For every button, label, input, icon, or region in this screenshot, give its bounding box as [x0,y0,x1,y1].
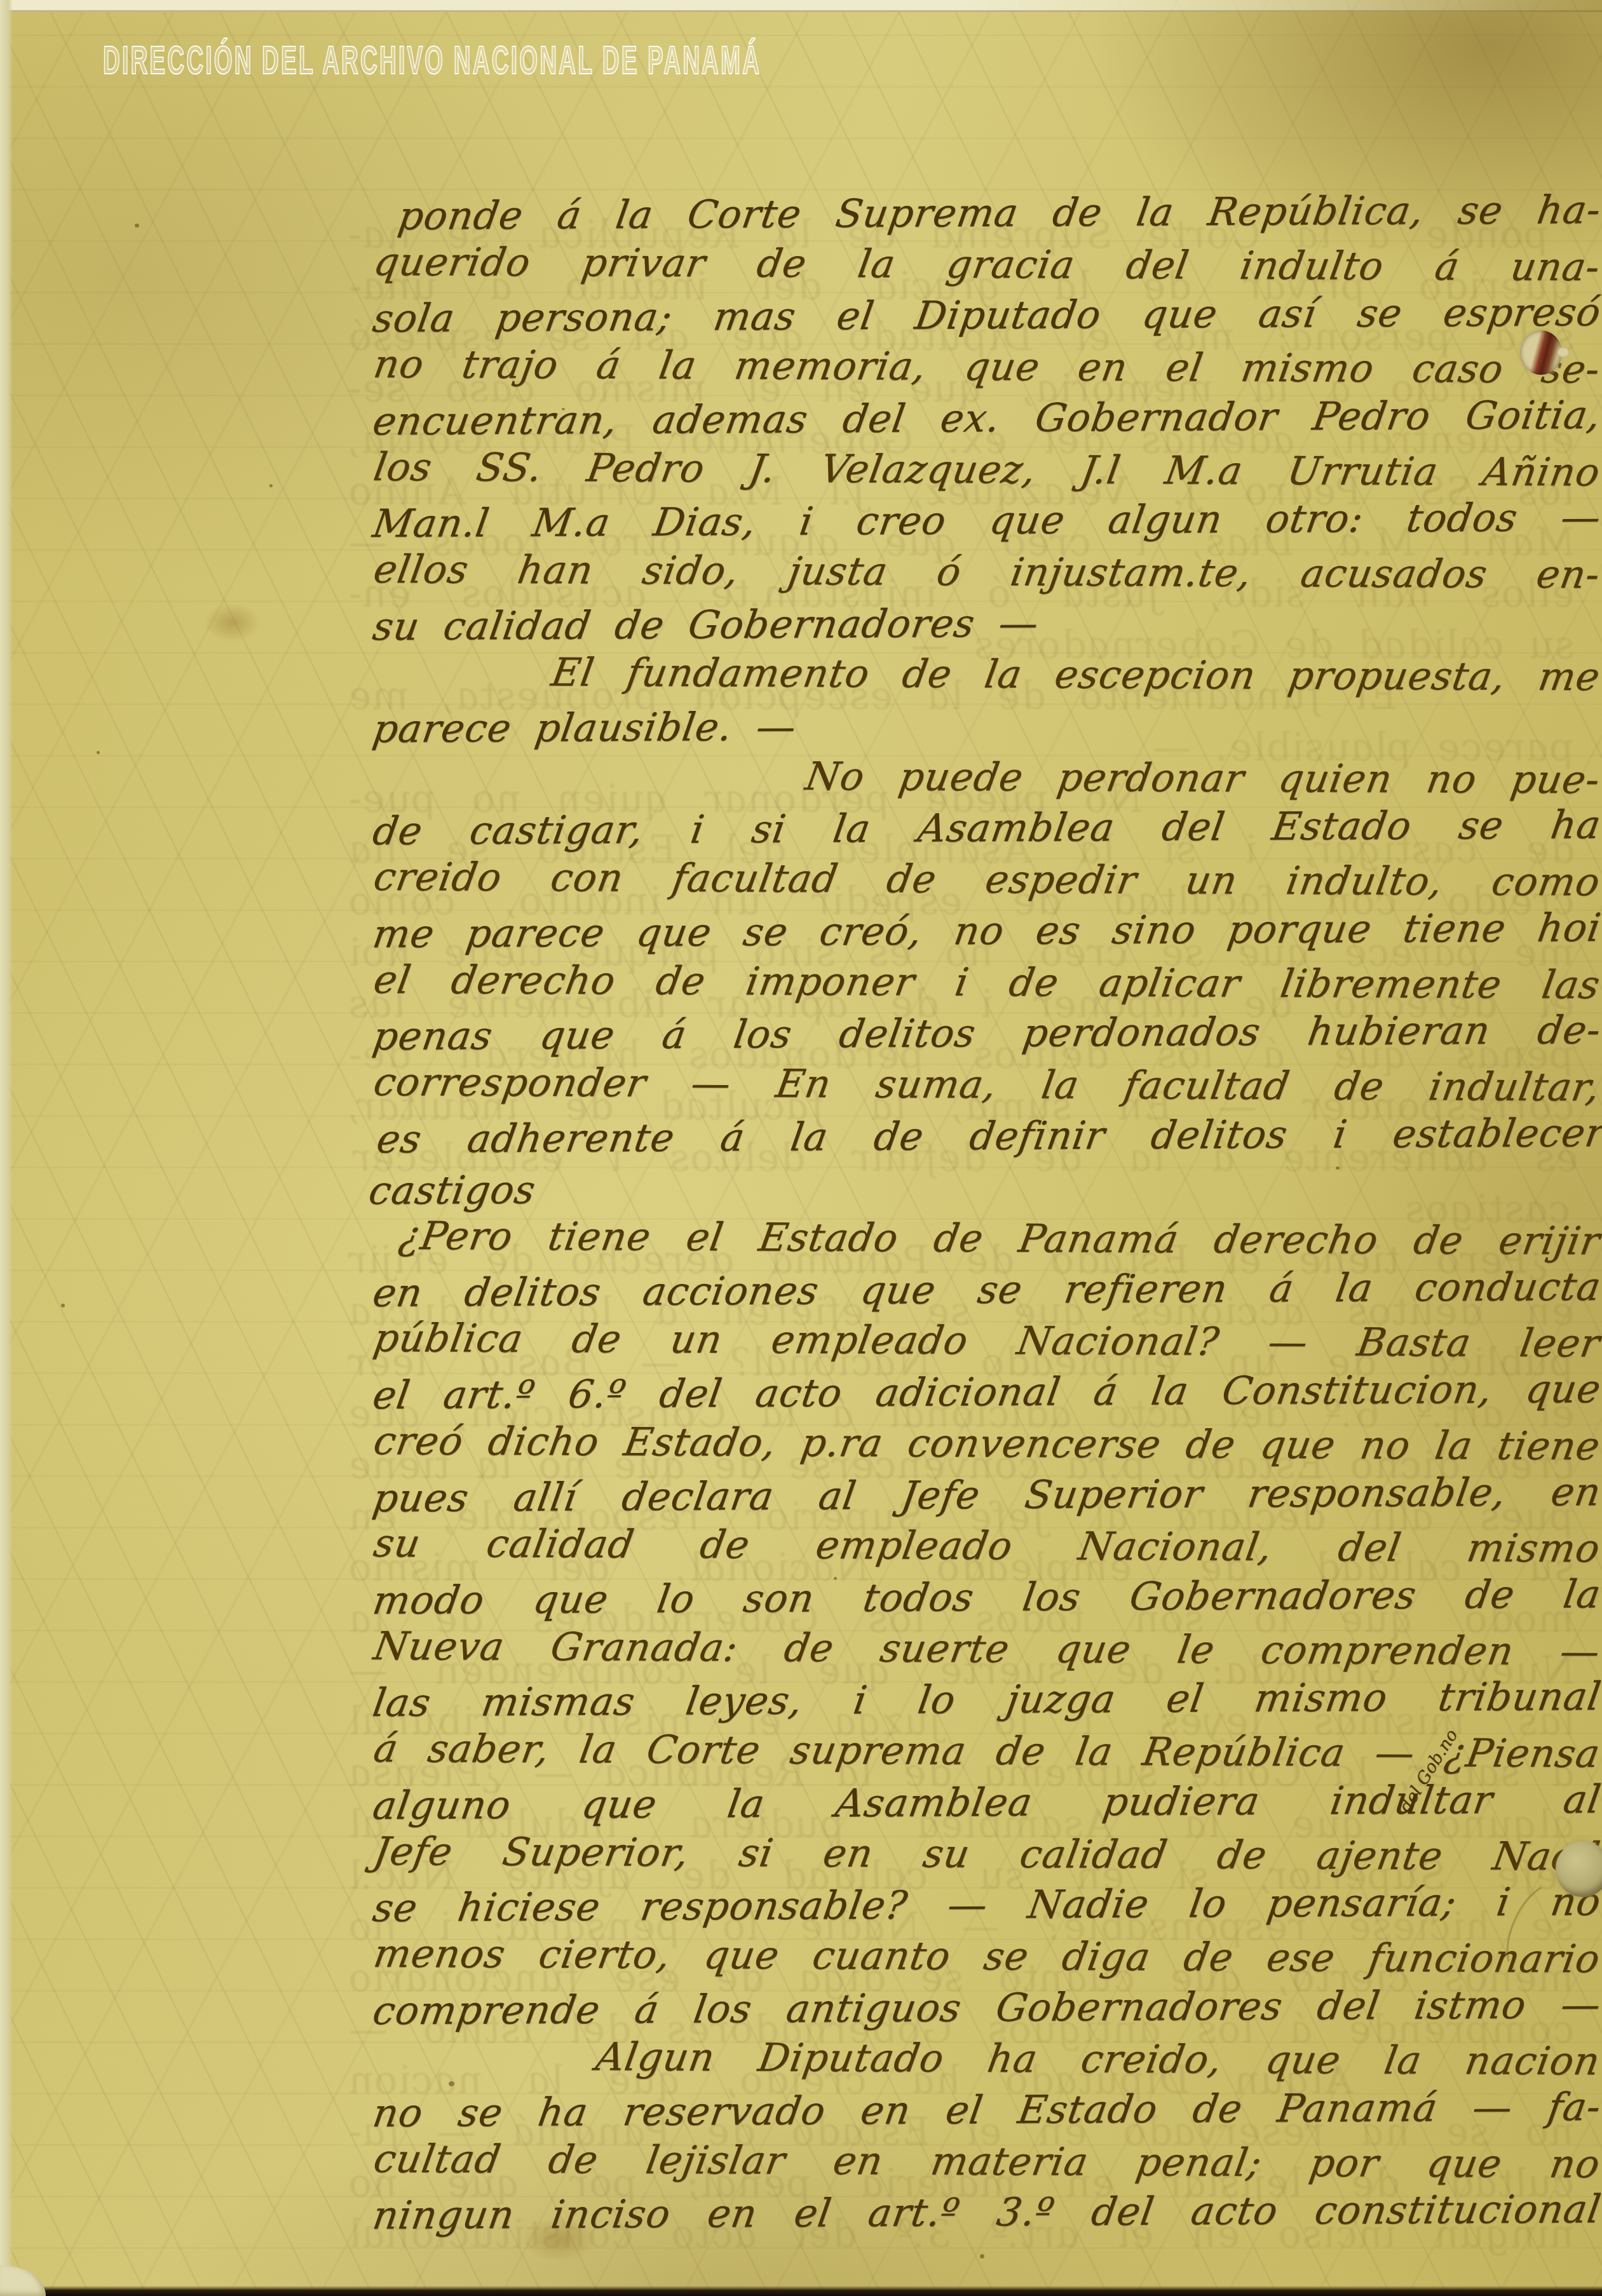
foxing-speck [269,484,273,487]
manuscript-line: corresponder — En suma, la facultad de i… [370,1057,1602,1114]
stain [203,604,261,642]
manuscript-page: DIRECCIÓN DEL ARCHIVO NACIONAL DE PANAMÁ… [0,0,1602,2296]
manuscript-line: creido con facultad de espedir un indult… [370,852,1602,908]
manuscript-line: pues allí declara al Jefe Superior respo… [369,1467,1602,1525]
manuscript-line: el art.º 6.º del acto adicional á la Con… [369,1364,1602,1422]
manuscript-line: las mismas leyes, i lo juzga el mismo tr… [369,1671,1602,1729]
manuscript-line: de castigar, i si la Asamblea del Estado… [369,800,1602,858]
manuscript-line: creó dicho Estado, p.ra convencerse de q… [370,1416,1602,1473]
manuscript-line: es adherente á la de definir delitos i e… [365,1108,1602,1217]
foxing-speck [61,1304,65,1307]
manuscript-line: ningun inciso en el art.º 3.º del acto c… [369,2184,1602,2242]
manuscript-line: querido privar de la gracia del indulto … [370,236,1602,293]
manuscript-line: Algun Diputado ha creido, que la nacion [370,2031,1602,2088]
manuscript-line: su calidad de empleado Nacional, del mis… [370,1518,1602,1575]
foxing-speck [97,751,100,754]
manuscript-line: pública de un empleado Nacional? — Basta… [370,1313,1602,1370]
manuscript-line: Man.l M.a Dias, i creo que algun otro: t… [369,492,1602,550]
manuscript-line: menos cierto, que cuanto se diga de ese … [370,1929,1602,1985]
manuscript-text: ponde á la Corte Suprema de la República… [374,188,1600,2239]
manuscript-line: El fundamento de la escepcion propuesta,… [370,647,1602,703]
manuscript-line: Jefe Superior, si en su calidad de ajent… [370,1826,1602,1882]
scan-left-edge [0,0,13,2296]
page-bottom-left-corner [0,2266,46,2296]
foxing-speck [980,2254,984,2259]
manuscript-line: comprende á los antiguos Gobernadores de… [369,1980,1602,2037]
manuscript-line: sola persona; mas el Diputado que así se… [369,287,1602,345]
manuscript-line: encuentran, ademas del ex. Gobernador Pe… [369,390,1602,448]
manuscript-line: No puede perdonar quien no pue- [370,750,1602,806]
manuscript-line: cultad de lejislar en materia penal; por… [370,2134,1602,2191]
archive-watermark: DIRECCIÓN DEL ARCHIVO NACIONAL DE PANAMÁ [103,37,761,83]
manuscript-line: los SS. Pedro J. Velazquez, J.l M.a Urru… [370,442,1602,498]
scan-top-edge [0,0,1602,12]
manuscript-line: ¿Pero tiene el Estado de Panamá derecho … [370,1211,1602,1267]
foxing-speck [135,224,139,227]
manuscript-line: ellos han sido, justa ó injustam.te, acu… [370,544,1602,601]
punch-hole-top [1520,330,1562,375]
manuscript-line: Nueva Granada: de suerte que le comprend… [370,1621,1602,1677]
manuscript-line: su calidad de Gobernadores — [369,595,1602,653]
manuscript-line: penas que á los delitos perdonados hubie… [369,1005,1602,1063]
manuscript-line: me parece que se creó, no es sino porque… [369,903,1602,961]
manuscript-line: parece plausible. — [369,698,1602,755]
manuscript-line: no trajo á la memoria, que en el mismo c… [370,339,1602,396]
manuscript-line: no se ha reservado en el Estado de Panam… [369,2082,1602,2140]
scan-bottom-edge [0,2286,1602,2296]
manuscript-line: se hiciese responsable? — Nadie lo pensa… [369,1877,1602,1935]
manuscript-line: modo que lo son todos los Gobernadores d… [369,1569,1602,1627]
manuscript-line: en delitos acciones que se refieren á la… [369,1262,1602,1320]
manuscript-line: ponde á la Corte Suprema de la República… [369,185,1602,243]
manuscript-line: el derecho de imponer i de aplicar libre… [370,954,1602,1011]
